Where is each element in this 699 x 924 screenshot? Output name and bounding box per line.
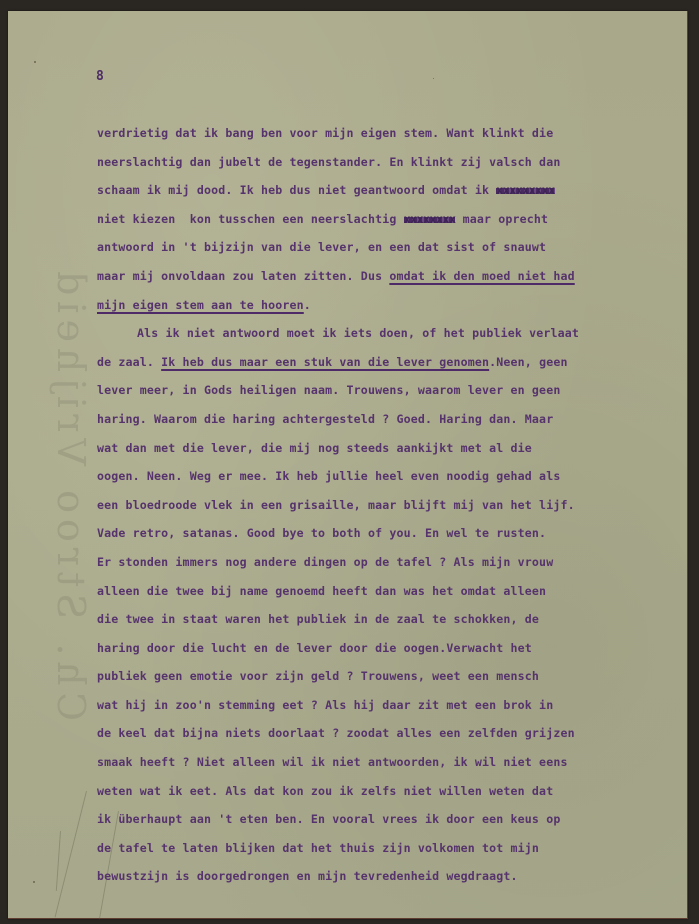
paper-crease	[56, 831, 61, 891]
text-line: haring door die lucht en de lever door d…	[97, 638, 657, 667]
struck-out-word: xxxxxxxx	[404, 212, 456, 226]
text-line: Vade retro, satanas. Good bye to both of…	[97, 523, 657, 552]
text-segment: niet kiezen kon tusschen een neerslachti…	[97, 212, 404, 226]
text-line: publiek geen emotie voor zijn geld ? Tro…	[97, 666, 657, 695]
struck-out-word: xxxxxxxxx	[496, 183, 554, 197]
text-segment: de tafel te laten blijken dat het thuis …	[97, 841, 539, 855]
text-segment: oogen. Neen. Weg er mee. Ik heb jullie h…	[97, 469, 560, 483]
text-line: wat dan met die lever, die mij nog steed…	[97, 438, 657, 467]
text-line: maar mij onvoldaan zou laten zitten. Dus…	[97, 266, 657, 295]
underlined-text: mijn eigen stem aan te hooren	[97, 298, 304, 312]
text-segment: haring. Waarom die haring achtergesteld …	[97, 412, 553, 426]
paper-speck	[33, 881, 35, 883]
text-segment: publiek geen emotie voor zijn geld ? Tro…	[97, 669, 539, 683]
text-line: neerslachtig dan jubelt de tegenstander.…	[97, 152, 657, 181]
text-segment: bewustzijn is doorgedrongen en mijn tevr…	[97, 869, 518, 883]
body-text: verdrietig dat ik bang ben voor mijn eig…	[97, 123, 657, 895]
text-line: smaak heeft ? Niet alleen wil ik niet an…	[97, 752, 657, 781]
text-segment: haring door die lucht en de lever door d…	[97, 641, 532, 655]
text-segment: de keel dat bijna niets doorlaat ? zooda…	[97, 726, 575, 740]
text-line: bewustzijn is doorgedrongen en mijn tevr…	[97, 866, 657, 895]
text-segment: wat dan met die lever, die mij nog steed…	[97, 441, 532, 455]
text-segment: maar oprecht	[455, 212, 548, 226]
text-segment: .Neen, geen	[489, 355, 567, 369]
text-line: de tafel te laten blijken dat het thuis …	[97, 838, 657, 867]
paper-speck	[34, 61, 36, 63]
text-line: lever meer, in Gods heiligen naam. Trouw…	[97, 380, 657, 409]
letterhead-watermark: Ch. Stroo Vrijheid	[50, 201, 90, 721]
text-segment: verdrietig dat ik bang ben voor mijn eig…	[97, 126, 553, 140]
text-segment: Als ik niet antwoord moet ik iets doen, …	[137, 326, 579, 340]
page-number: 8	[96, 69, 104, 84]
text-line: die twee in staat waren het publiek in d…	[97, 609, 657, 638]
text-line: de zaal. Ik heb dus maar een stuk van di…	[97, 352, 657, 381]
text-segment: neerslachtig dan jubelt de tegenstander.…	[97, 155, 560, 169]
text-line: Als ik niet antwoord moet ik iets doen, …	[97, 323, 657, 352]
text-segment: een bloedroode vlek in een grisaille, ma…	[97, 498, 575, 512]
text-segment: ik überhaupt aan 't eten ben. En vooral …	[97, 812, 560, 826]
underlined-text: Ik heb dus maar een stuk van die lever g…	[161, 355, 489, 369]
text-segment: lever meer, in Gods heiligen naam. Trouw…	[97, 383, 560, 397]
text-line: mijn eigen stem aan te hooren.	[97, 295, 657, 324]
text-segment: smaak heeft ? Niet alleen wil ik niet an…	[97, 755, 568, 769]
text-line: verdrietig dat ik bang ben voor mijn eig…	[97, 123, 657, 152]
text-segment: wat hij in zoo'n stemming eet ? Als hij …	[97, 698, 553, 712]
text-line: Er stonden immers nog andere dingen op d…	[97, 552, 657, 581]
text-segment: alleen die twee bij name genoemd heeft d…	[97, 584, 546, 598]
text-line: antwoord in 't bijzijn van die lever, en…	[97, 237, 657, 266]
text-line: wat hij in zoo'n stemming eet ? Als hij …	[97, 695, 657, 724]
text-segment: die twee in staat waren het publiek in d…	[97, 612, 539, 626]
text-segment: antwoord in 't bijzijn van die lever, en…	[97, 240, 546, 254]
text-line: de keel dat bijna niets doorlaat ? zooda…	[97, 723, 657, 752]
paper-speck	[433, 78, 434, 79]
text-segment: Vade retro, satanas. Good bye to both of…	[97, 526, 546, 540]
typewritten-page: Ch. Stroo Vrijheid 8 verdrietig dat ik b…	[8, 11, 688, 919]
paper-crease	[55, 791, 87, 917]
text-line: alleen die twee bij name genoemd heeft d…	[97, 581, 657, 610]
text-line: schaam ik mij dood. Ik heb dus niet gean…	[97, 180, 657, 209]
text-segment: .	[304, 298, 311, 312]
text-segment: Er stonden immers nog andere dingen op d…	[97, 555, 553, 569]
text-line: oogen. Neen. Weg er mee. Ik heb jullie h…	[97, 466, 657, 495]
text-segment: maar mij onvoldaan zou laten zitten. Dus	[97, 269, 389, 283]
underlined-text: omdat ik den moed niet had	[389, 269, 574, 283]
text-line: ik überhaupt aan 't eten ben. En vooral …	[97, 809, 657, 838]
text-line: niet kiezen kon tusschen een neerslachti…	[97, 209, 657, 238]
text-segment: schaam ik mij dood. Ik heb dus niet gean…	[97, 183, 496, 197]
text-segment: weten wat ik eet. Als dat kon zou ik zel…	[97, 784, 553, 798]
text-line: weten wat ik eet. Als dat kon zou ik zel…	[97, 781, 657, 810]
text-segment: de zaal.	[97, 355, 161, 369]
text-line: een bloedroode vlek in een grisaille, ma…	[97, 495, 657, 524]
text-line: haring. Waarom die haring achtergesteld …	[97, 409, 657, 438]
